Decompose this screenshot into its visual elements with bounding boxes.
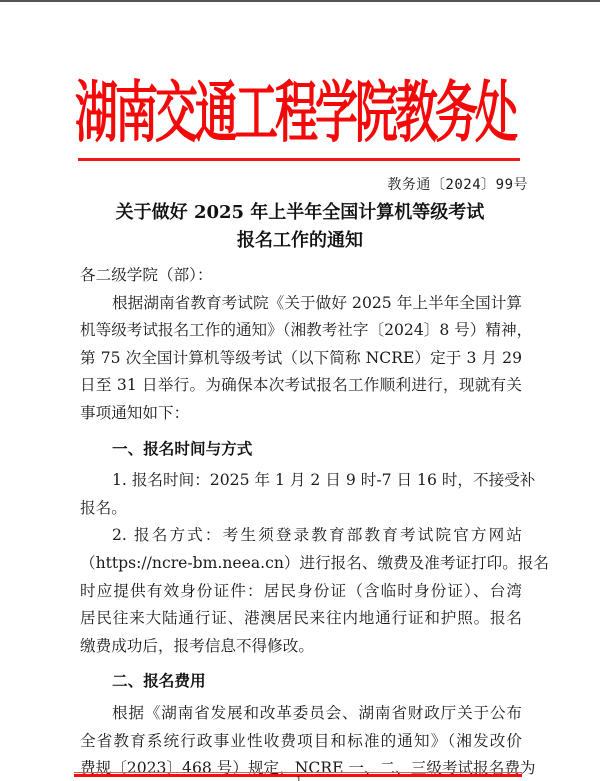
viewer-top-border: [0, 0, 600, 2]
paragraph-line: 事项通知如下：: [80, 400, 522, 428]
section-heading-1: 一、报名时间与方式: [80, 436, 522, 464]
paragraph-line: 根据湖南省教育考试院《关于做好 2025 年上半年全国计算: [80, 290, 522, 318]
paragraph-line: 缴费成功后，报考信息不得修改。: [80, 633, 522, 661]
document-number: 教务通〔2024〕99号: [387, 174, 528, 194]
section-heading-2: 二、报名费用: [80, 668, 522, 696]
paragraph-line: 根据《湖南省发展和改革委员会、湖南省财政厅关于公布: [80, 700, 522, 728]
salutation: 各二级学院（部）：: [80, 262, 522, 290]
document-title-line-1: 关于做好 2025 年上半年全国计算机等级考试: [80, 199, 520, 227]
paragraph-line: 时应提供有效身份证件：居民身份证（含临时身份证）、台湾: [80, 578, 522, 606]
paragraph-line: 第 75 次全国计算机等级考试（以下简称 NCRE）定于 3 月 29: [80, 345, 522, 373]
intro-paragraph: 根据湖南省教育考试院《关于做好 2025 年上半年全国计算 机等级考试报名工作的…: [80, 290, 522, 428]
paragraph-line: 报名。: [80, 495, 522, 523]
section-1-item-2: 2. 报名方式：考生须登录教育部教育考试院官方网站 （https://ncre-…: [80, 522, 522, 660]
page-number: 1: [296, 776, 302, 781]
paragraph-line: 居民往来大陆通行证、港澳居民来往内地通行证和护照。报名: [80, 605, 522, 633]
section-1-item-1: 1. 报名时间：2025 年 1 月 2 日 9 时-7 日 16 时，不接受补…: [80, 467, 522, 522]
paragraph-line: 日至 31 日举行。为确保本次考试报名工作顺利进行，现就有关: [80, 372, 522, 400]
document-title-line-2: 报名工作的通知: [80, 227, 520, 255]
paragraph-line: 全省教育系统行政事业性收费项目和标准的通知》（湘发改价: [80, 728, 522, 756]
paragraph-line-with-url: （https://ncre-bm.neea.cn）进行报名、缴费及准考证打印。报…: [80, 550, 522, 578]
document-title: 关于做好 2025 年上半年全国计算机等级考试 报名工作的通知: [80, 199, 520, 255]
paragraph-line: 1. 报名时间：2025 年 1 月 2 日 9 时-7 日 16 时，不接受补: [80, 467, 522, 495]
document-body: 各二级学院（部）： 根据湖南省教育考试院《关于做好 2025 年上半年全国计算 …: [80, 262, 522, 781]
masthead-red-rule: [78, 158, 520, 161]
masthead-title: 湖南交通工程学院教务处: [70, 46, 520, 182]
paragraph-line: 机等级考试报名工作的通知》（湘教考社字〔2024〕8 号）精神，: [80, 317, 522, 345]
paragraph-line: 2. 报名方式：考生须登录教育部教育考试院官方网站: [80, 522, 522, 550]
section-2-item-1: 根据《湖南省发展和改革委员会、湖南省财政厅关于公布 全省教育系统行政事业性收费项…: [80, 700, 522, 781]
footer-red-rule-thin: [74, 772, 522, 773]
